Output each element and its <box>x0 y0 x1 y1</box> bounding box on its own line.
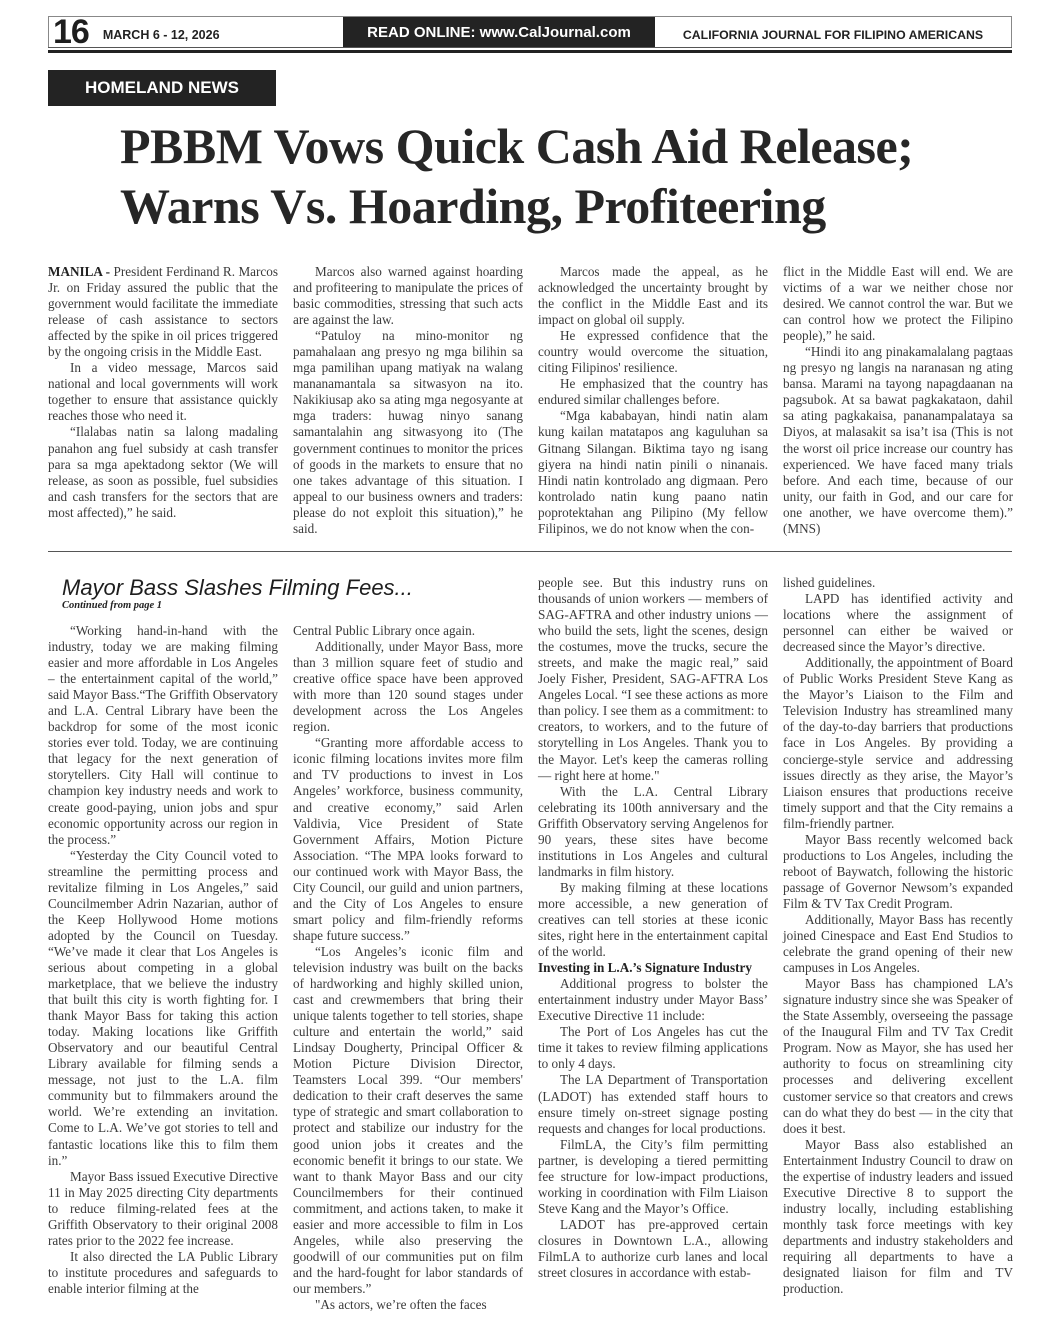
paragraph: LADOT has pre-approved certain closures … <box>538 1217 768 1281</box>
article1-column-4: flict in the Middle East will end. We ar… <box>783 264 1013 537</box>
paragraph: people see. But this industry runs on th… <box>538 575 768 784</box>
article1-headline: PBBM Vows Quick Cash Aid Release; Warns … <box>120 116 1020 236</box>
paragraph: Additionally, the appointment of Board o… <box>783 655 1013 832</box>
paragraph: He expressed confidence that the country… <box>538 328 768 376</box>
paragraph: Marcos also warned against hoarding and … <box>293 264 523 328</box>
paragraph: It also directed the LA Public Library t… <box>48 1249 278 1297</box>
paragraph: He emphasized that the country has endur… <box>538 376 768 408</box>
article-divider <box>48 551 1012 552</box>
issue-date: MARCH 6 - 12, 2026 <box>103 28 220 42</box>
paragraph: Central Public Library once again. <box>293 623 523 639</box>
paragraph: Mayor Bass has championed LA’s signature… <box>783 976 1013 1136</box>
headline-line-2: Warns Vs. Hoarding, Profiteering <box>120 176 1020 236</box>
paragraph: LAPD has identified activity and locatio… <box>783 591 1013 655</box>
article2-column-4: lished guidelines. LAPD has identified a… <box>783 575 1013 1297</box>
article1-column-2: Marcos also warned against hoarding and … <box>293 264 523 537</box>
article2-column-1: “Working hand-in-hand with the industry,… <box>48 623 278 1297</box>
continued-from-label[interactable]: Continued from page 1 <box>62 600 162 611</box>
paragraph: lished guidelines. <box>783 575 1013 591</box>
article2-column-2: Central Public Library once again. Addit… <box>293 623 523 1313</box>
paragraph: Mayor Bass also established an Entertain… <box>783 1137 1013 1297</box>
article2-title: Mayor Bass Slashes Filming Fees... <box>62 575 413 601</box>
paragraph: In a video message, Marcos said national… <box>48 360 278 424</box>
paragraph: FilmLA, the City’s film permitting partn… <box>538 1137 768 1217</box>
paragraph: flict in the Middle East will end. We ar… <box>783 264 1013 344</box>
page-number: 16 <box>53 17 89 47</box>
article2-column-3: people see. But this industry runs on th… <box>538 575 768 1281</box>
header-divider <box>48 50 1012 53</box>
paragraph: “Los Angeles’s iconic film and televisio… <box>293 944 523 1297</box>
paragraph: Additionally, Mayor Bass has recently jo… <box>783 912 1013 976</box>
read-online-link[interactable]: READ ONLINE: www.CalJournal.com <box>343 17 655 47</box>
headline-line-1: PBBM Vows Quick Cash Aid Release; <box>120 116 1020 176</box>
paragraph: The Port of Los Angeles has cut the time… <box>538 1024 768 1072</box>
article1-column-1: MANILA - President Ferdinand R. Marcos J… <box>48 264 278 521</box>
subheading: Investing in L.A.’s Signature Industry <box>538 960 768 976</box>
paragraph: Additionally, under Mayor Bass, more tha… <box>293 639 523 735</box>
dateline: MANILA - <box>48 264 110 279</box>
paragraph: “Patuloy na mino-monitor ng pamahalaan a… <box>293 328 523 537</box>
paragraph: “Working hand-in-hand with the industry,… <box>48 623 278 848</box>
header-left: 16 MARCH 6 - 12, 2026 <box>49 17 343 47</box>
paragraph: “Ilalabas natin sa lalong madaling panah… <box>48 424 278 520</box>
paragraph: Mayor Bass issued Executive Directive 11… <box>48 1169 278 1249</box>
paragraph: MANILA - President Ferdinand R. Marcos J… <box>48 264 278 360</box>
paragraph: Mayor Bass recently welcomed back produc… <box>783 832 1013 912</box>
paragraph: “Granting more affordable access to icon… <box>293 735 523 944</box>
paragraph: Marcos made the appeal, as he acknowledg… <box>538 264 768 328</box>
paragraph: Additional progress to bolster the enter… <box>538 976 768 1024</box>
paragraph: By making filming at these locations mor… <box>538 880 768 960</box>
paragraph: “Mga kababayan, hindi natin alam kung ka… <box>538 408 768 536</box>
paragraph: "As actors, we’re often the faces <box>293 1297 523 1313</box>
section-label: HOMELAND NEWS <box>48 70 276 106</box>
article1-column-3: Marcos made the appeal, as he acknowledg… <box>538 264 768 537</box>
page-header: 16 MARCH 6 - 12, 2026 READ ONLINE: www.C… <box>48 16 1012 48</box>
paragraph: The LA Department of Transportation (LAD… <box>538 1072 768 1136</box>
publication-name: CALIFORNIA JOURNAL FOR FILIPINO AMERICAN… <box>655 17 1011 47</box>
paragraph: With the L.A. Central Library celebratin… <box>538 784 768 880</box>
paragraph: “Yesterday the City Council voted to str… <box>48 848 278 1169</box>
paragraph: “Hindi ito ang pinakamalalang pagtaas ng… <box>783 344 1013 537</box>
